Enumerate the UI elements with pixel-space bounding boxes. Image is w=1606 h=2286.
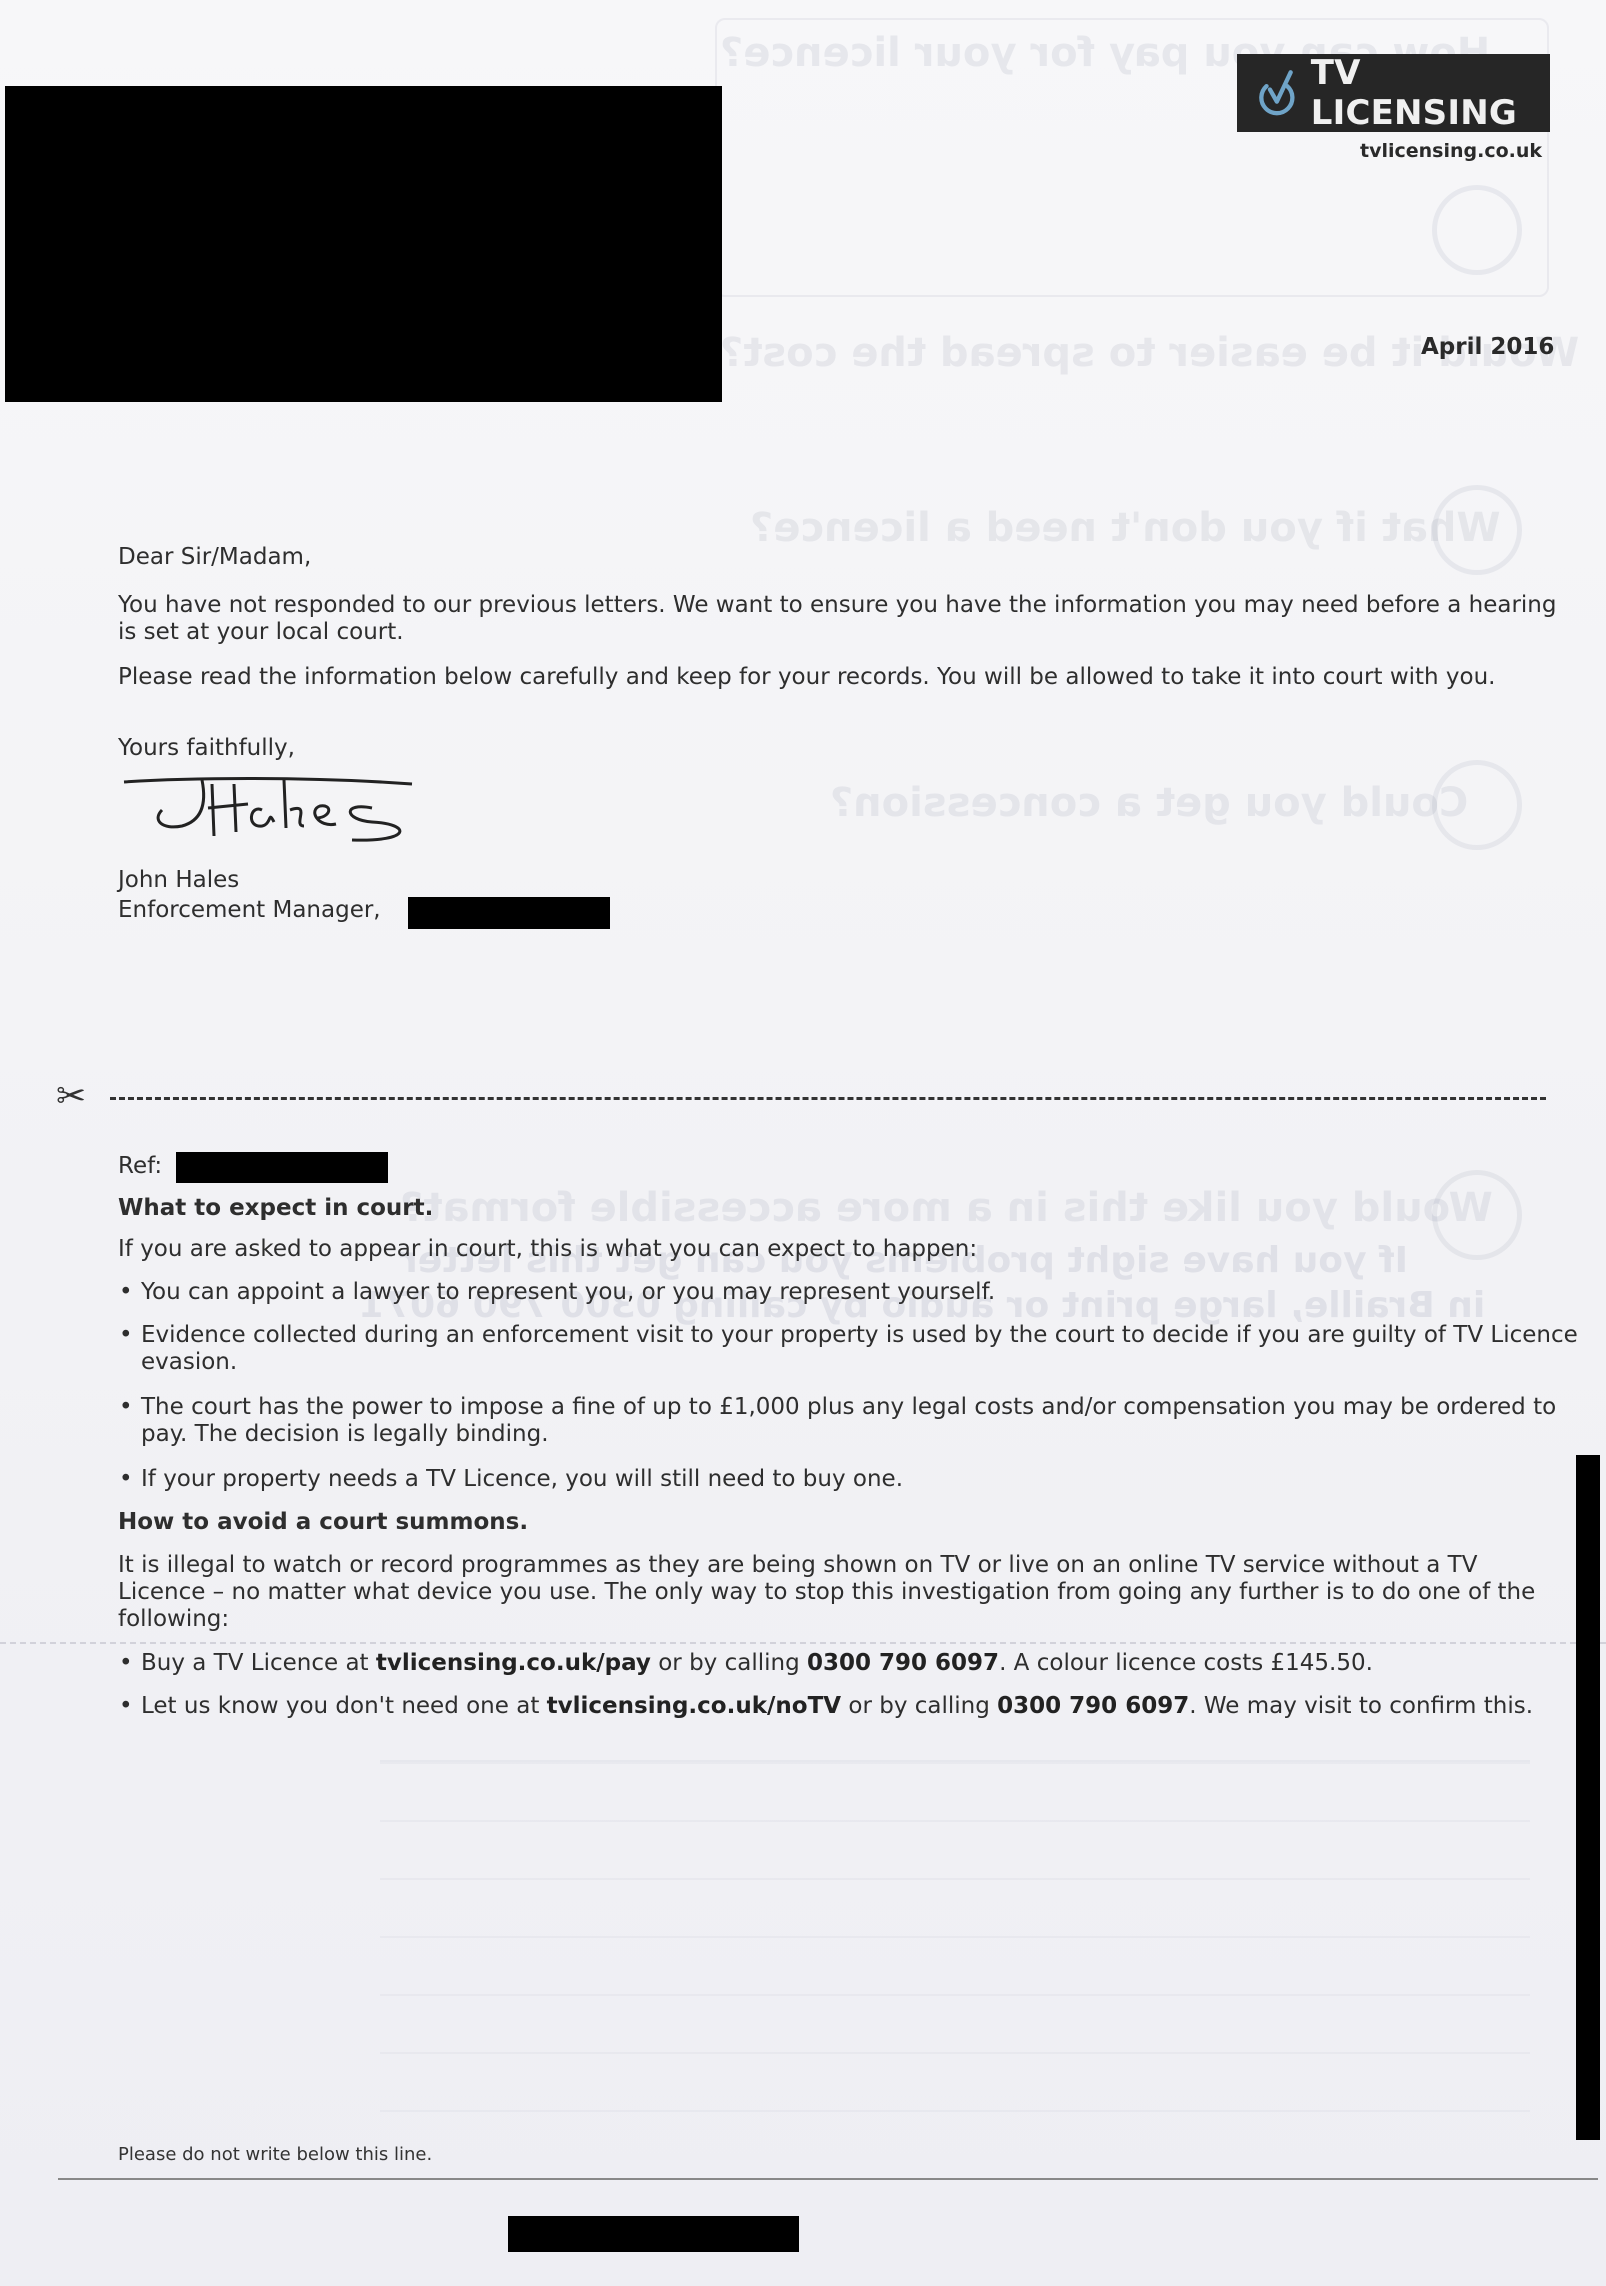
redacted-reference	[176, 1152, 388, 1183]
notv-link[interactable]: tvlicensing.co.uk/noTV	[547, 1693, 841, 1719]
show-through-circle	[1432, 760, 1522, 850]
signatory-title: Enforcement Manager,	[118, 897, 1558, 924]
paragraph: You have not responded to our previous l…	[118, 592, 1558, 646]
tv-licensing-logo: TV LICENSING	[1237, 54, 1550, 132]
ref-label: Ref:	[118, 1153, 162, 1180]
dashed-line	[110, 1097, 1546, 1100]
signature	[122, 770, 462, 850]
section-intro: If you are asked to appear in court, thi…	[118, 1236, 1558, 1263]
list-item: The court has the power to impose a fine…	[118, 1394, 1581, 1448]
footer-note: Please do not write below this line.	[118, 2144, 432, 2165]
fold-line	[0, 1642, 1606, 1644]
signatory-name: John Hales	[118, 867, 1558, 894]
show-through-table	[380, 1760, 1530, 2122]
brand-url: tvlicensing.co.uk	[1360, 140, 1542, 162]
closing: Yours faithfully,	[118, 735, 1558, 762]
redacted-address-block	[5, 86, 722, 402]
phone-number: 0300 790 6097	[807, 1650, 999, 1676]
show-through-circle	[1432, 185, 1522, 275]
letter-date: April 2016	[1421, 334, 1554, 360]
list-item: You can appoint a lawyer to represent yo…	[118, 1279, 1581, 1306]
check-power-icon	[1251, 64, 1303, 122]
pay-link[interactable]: tvlicensing.co.uk/pay	[376, 1650, 651, 1676]
show-through-heading: Could you get a concession?	[830, 780, 1468, 826]
section-heading-court: What to expect in court.	[118, 1195, 1558, 1222]
scissors-icon: ✂	[56, 1082, 86, 1112]
salutation: Dear Sir/Madam,	[118, 544, 1558, 571]
letter-page: How can you pay for your licence? Would …	[0, 0, 1606, 2286]
section-intro: It is illegal to watch or record program…	[118, 1552, 1558, 1633]
list-item: If your property needs a TV Licence, you…	[118, 1466, 1581, 1493]
footer-divider	[58, 2178, 1598, 2180]
list-item: Evidence collected during an enforcement…	[118, 1322, 1581, 1376]
list-item-notv: Let us know you don't need one at tvlice…	[118, 1693, 1581, 1720]
tear-off-line: ✂	[56, 1082, 1546, 1112]
section-heading-avoid: How to avoid a court summons.	[118, 1509, 1558, 1536]
list-item-buy: Buy a TV Licence at tvlicensing.co.uk/pa…	[118, 1650, 1581, 1677]
redacted-barcode	[508, 2216, 799, 2252]
paragraph: Please read the information below carefu…	[118, 664, 1558, 691]
phone-number: 0300 790 6097	[997, 1693, 1189, 1719]
brand-name: TV LICENSING	[1311, 53, 1550, 133]
redacted-margin-strip	[1576, 1455, 1600, 2140]
